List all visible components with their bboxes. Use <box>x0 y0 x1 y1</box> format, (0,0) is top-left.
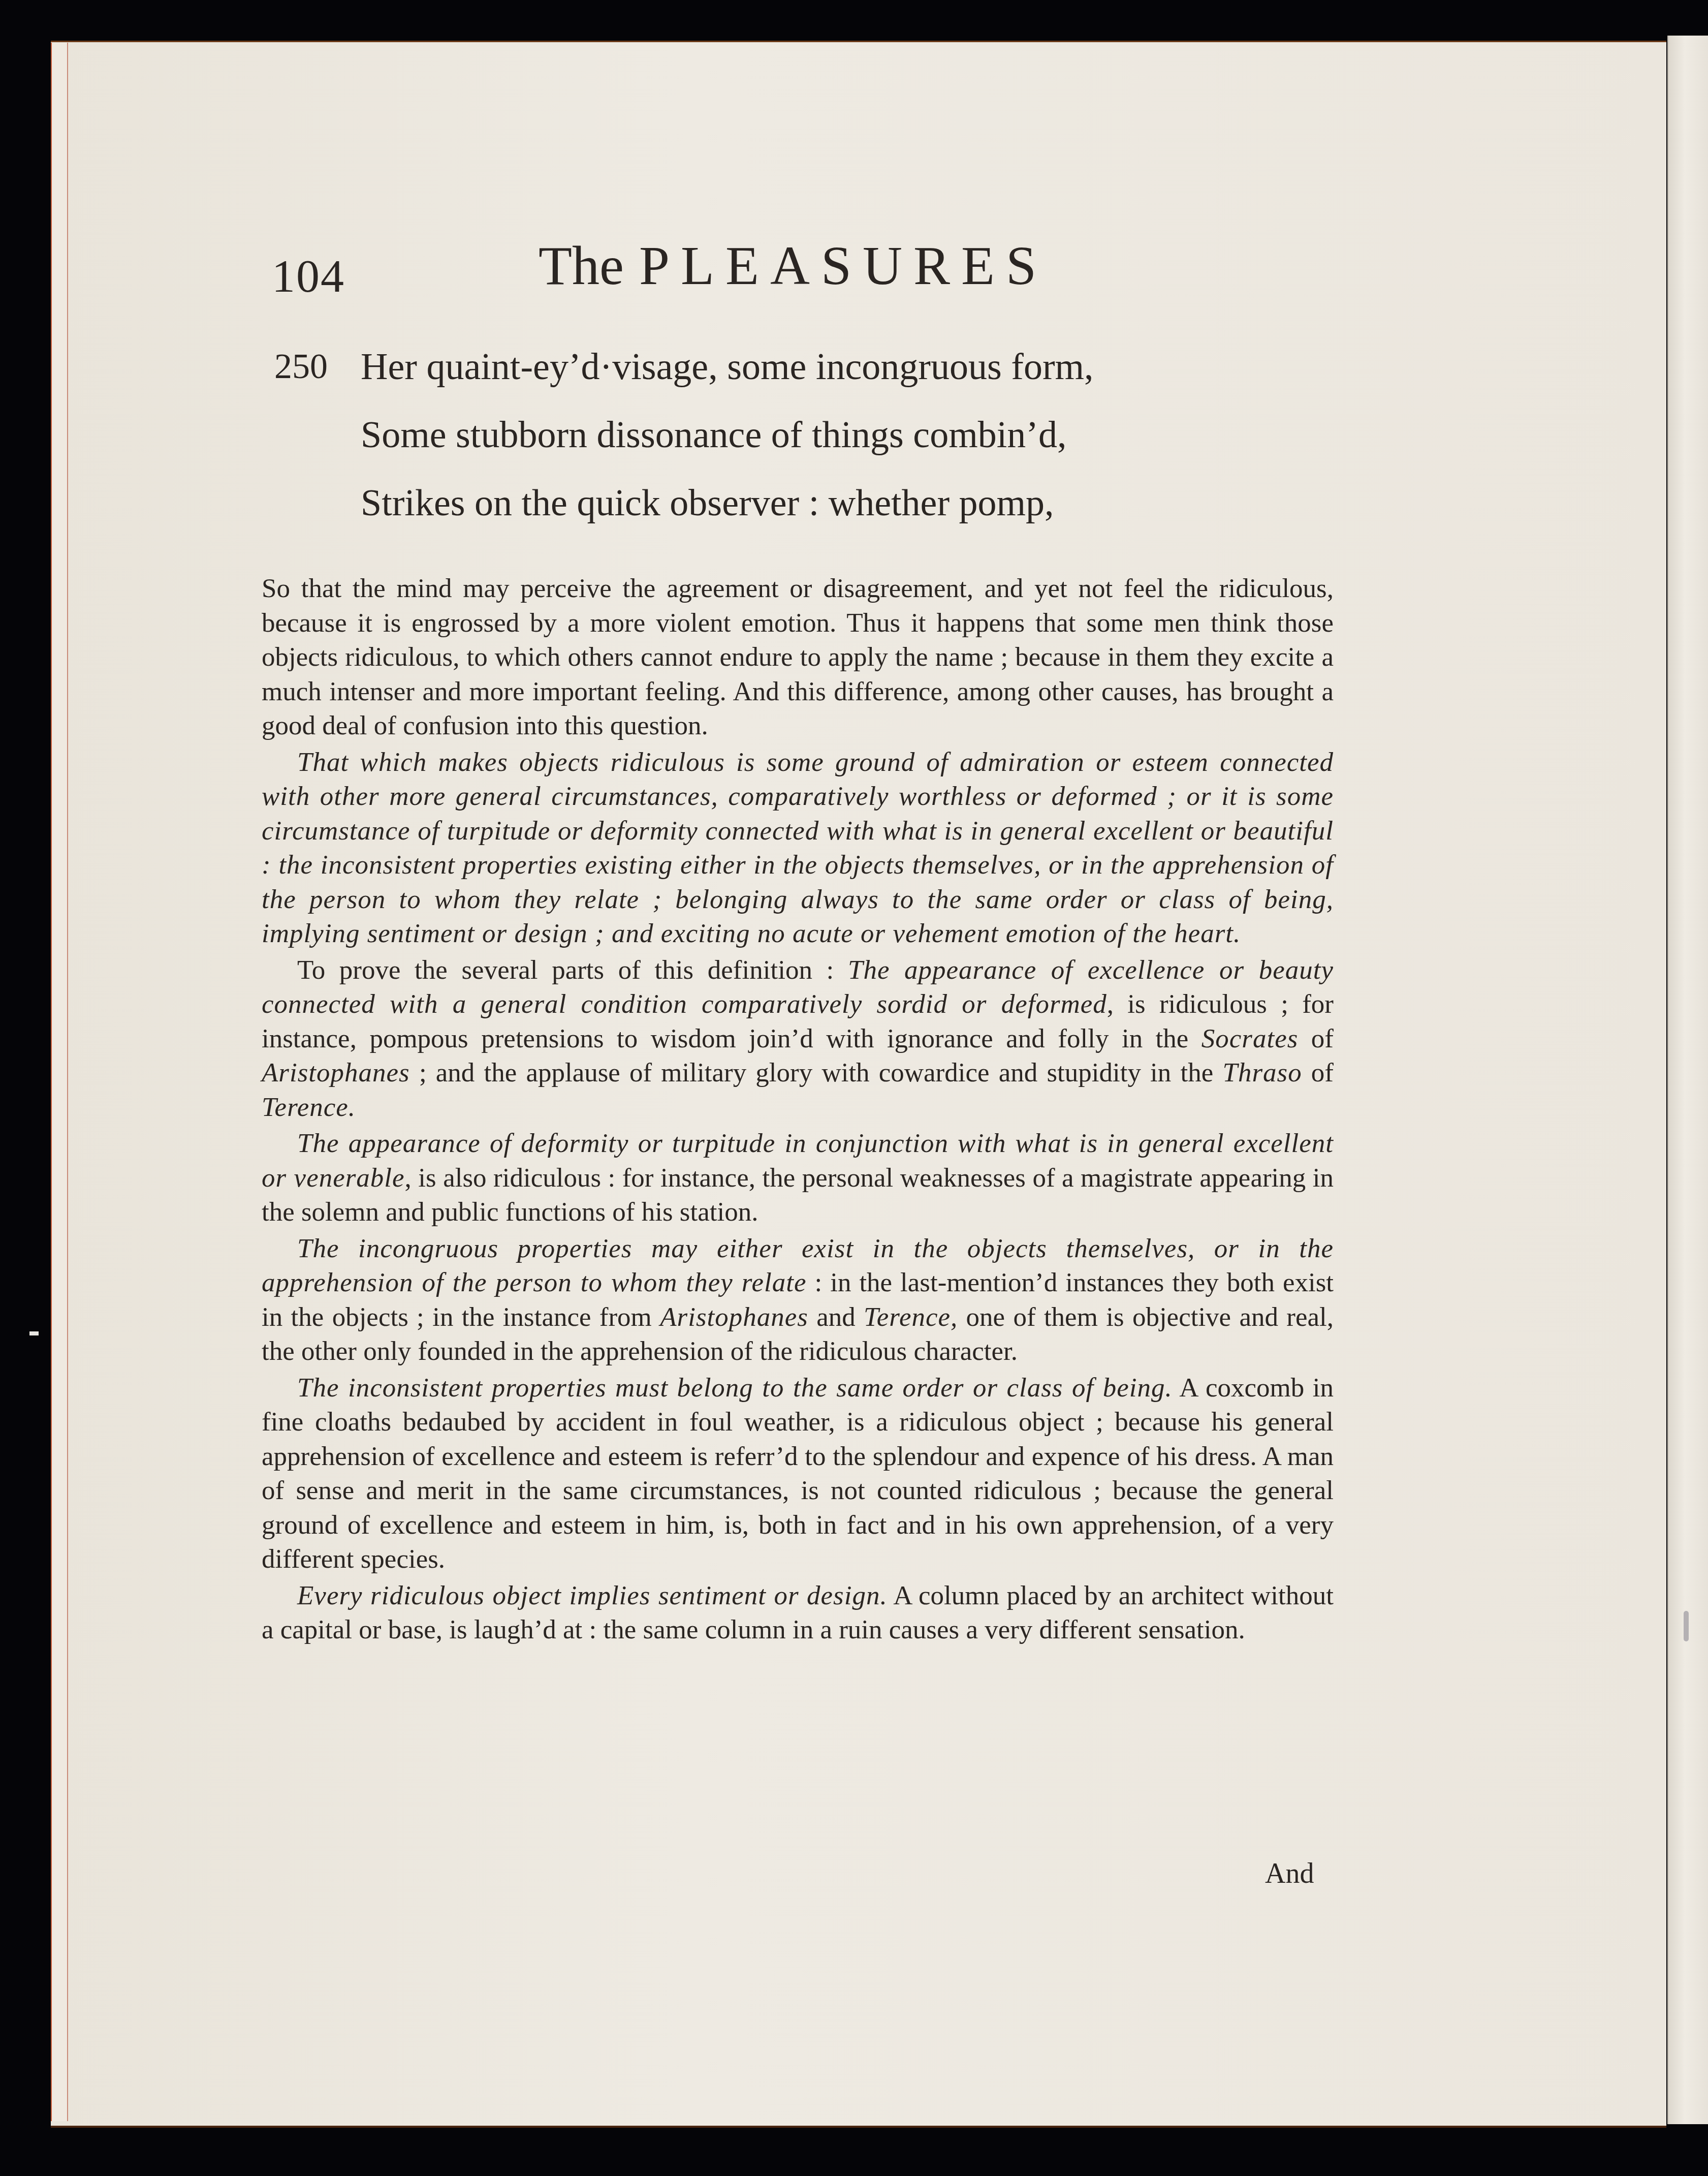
italic-text: Aristophanes <box>262 1058 410 1087</box>
paragraph: The appearance of deformity or turpitude… <box>262 1127 1334 1230</box>
verse-line: 250 Her quaint-ey’d·visage, some incongr… <box>274 333 1341 401</box>
text: and <box>808 1302 864 1332</box>
page-smudge <box>1684 1611 1689 1641</box>
page-fore-edge <box>51 43 68 2121</box>
text: , is also ridiculous : for instance, the… <box>262 1163 1334 1227</box>
paragraph: So that the mind may perceive the agreem… <box>262 572 1334 743</box>
italic-text: Terence. <box>262 1093 356 1122</box>
line-number: 250 <box>274 333 328 401</box>
italic-text: Thraso <box>1222 1058 1302 1087</box>
italic-text: The inconsistent properties must belong … <box>297 1373 1173 1403</box>
text: A coxcomb in fine cloaths bedaubed by ac… <box>262 1373 1334 1574</box>
definition-paragraph: That which makes objects ridiculous is s… <box>262 745 1334 951</box>
verse-text: Her quaint-ey’d·visage, some incongruous… <box>361 346 1094 388</box>
facing-page-edge <box>1667 36 1708 2124</box>
italic-text: Every ridiculous object implies sentimen… <box>297 1581 888 1610</box>
page-number: 104 <box>272 249 345 303</box>
text: ; and the applause of military glory wit… <box>410 1058 1223 1087</box>
verse-text: Some stubborn dissonance of things combi… <box>361 414 1066 456</box>
text: To prove the several parts of this defin… <box>297 955 848 985</box>
verse-block: 250 Her quaint-ey’d·visage, some incongr… <box>274 333 1341 537</box>
italic-text: Aristophanes <box>660 1302 808 1332</box>
verse-line: Some stubborn dissonance of things combi… <box>274 401 1341 469</box>
paragraph: To prove the several parts of this defin… <box>262 953 1334 1125</box>
text: of <box>1298 1024 1334 1053</box>
catchword: And <box>1265 1857 1314 1890</box>
italic-text: That which makes objects ridiculous is s… <box>262 748 1334 949</box>
commentary-prose: So that the mind may perceive the agreem… <box>262 572 1334 1650</box>
running-title-prefix: The <box>539 236 624 296</box>
text: of <box>1302 1058 1334 1087</box>
verse-line: Strikes on the quick observer : whether … <box>274 469 1341 537</box>
background-speck <box>29 1331 39 1335</box>
italic-text: Socrates <box>1201 1024 1299 1053</box>
running-title-caps: PLEASURES <box>639 236 1048 296</box>
verse-text: Strikes on the quick observer : whether … <box>361 482 1054 524</box>
running-title: ThePLEASURES <box>539 235 1048 298</box>
running-head: 104 ThePLEASURES <box>272 235 1344 306</box>
paragraph: The incongruous properties may either ex… <box>262 1232 1334 1369</box>
paragraph: The inconsistent properties must belong … <box>262 1371 1334 1577</box>
italic-text: Terence, <box>864 1302 958 1332</box>
paragraph: Every ridiculous object implies sentimen… <box>262 1579 1334 1647</box>
